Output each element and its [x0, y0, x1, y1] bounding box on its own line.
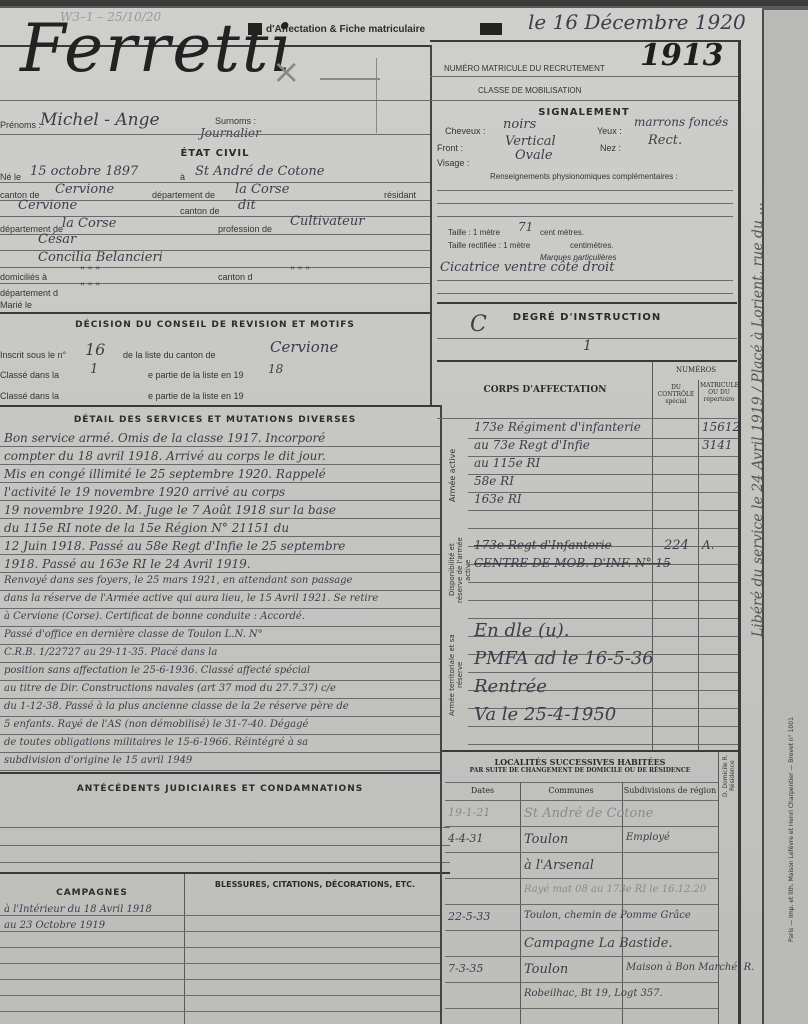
- localite-date: 19-1-21: [448, 806, 490, 819]
- service-line: à Cervione (Corse). Certificat de bonne …: [4, 611, 305, 622]
- rule: [437, 203, 733, 204]
- matricule-number: 3141: [702, 438, 733, 452]
- divider: [437, 302, 737, 304]
- departement-label: département de: [152, 190, 215, 200]
- printer-imprint: Paris — Imp. et lith. Maison Lefèvre et …: [788, 640, 795, 1020]
- localite-commune: à l'Arsenal: [524, 858, 594, 873]
- column-divider: [718, 752, 719, 1024]
- localite-commune: Rayé mat 08 au 173e RI le 16.12.20: [524, 884, 706, 895]
- corps-entry: 173e Regt d'Infanterie: [474, 538, 612, 552]
- rule: [468, 582, 738, 583]
- liste-canton-label: de la liste du canton de: [123, 350, 216, 360]
- service-line: Renvoyé dans ses foyers, le 25 mars 1921…: [4, 575, 352, 586]
- col-communes: Communes: [520, 786, 622, 795]
- rule: [437, 216, 733, 217]
- rule: [0, 464, 440, 465]
- disponibilite-label: Disponibilité et réserve de l'armée acti…: [448, 530, 472, 610]
- rule: [0, 931, 440, 932]
- prenoms-label: Prénoms :: [0, 120, 41, 130]
- service-line: subdivision d'origine le 15 avril 1949: [4, 755, 192, 766]
- page-border: [738, 40, 741, 1024]
- domicile-residence-label: D. Domicile R. Résidence: [722, 754, 736, 798]
- inscrit-number: 16: [85, 340, 105, 359]
- margin-note: Libéré du service le 24 Avril 1919 / Pla…: [750, 60, 766, 780]
- top-bar: [0, 0, 808, 6]
- front-value: Vertical: [505, 134, 556, 149]
- rule: [0, 915, 440, 916]
- rule: [0, 979, 440, 980]
- partie1-label: e partie de la liste en 19: [148, 370, 244, 380]
- matricule-number: A.: [702, 538, 714, 552]
- matricule-label: NUMÉRO MATRICULE DU RECRUTEMENT: [444, 64, 605, 73]
- visage-value: Ovale: [515, 148, 553, 163]
- domicilies-label: domiciliés à: [0, 272, 47, 282]
- localite-date: 4-4-31: [448, 832, 483, 845]
- rule: [0, 644, 440, 645]
- rule: [468, 528, 738, 529]
- etat-civil-title: ÉTAT CIVIL: [0, 148, 430, 159]
- corps-entry: 173e Régiment d'infanterie: [474, 420, 641, 434]
- divider: [0, 312, 430, 314]
- marques-value: Cicatrice ventre côté droit: [440, 260, 614, 275]
- corps-entry: au 115e RI: [474, 456, 540, 470]
- service-line: position sans affectation le 25-6-1936. …: [4, 665, 310, 676]
- canton2-value: dit: [238, 198, 256, 213]
- matricule-number: 1913: [640, 38, 724, 73]
- service-line: de toutes obligations militaires le 15-6…: [4, 737, 308, 748]
- yeux-value: marrons foncés: [634, 115, 728, 129]
- rule: [445, 878, 718, 879]
- residant-label: résidant: [384, 190, 416, 200]
- departement-value: la Corse: [235, 182, 289, 197]
- taille-rectifiee-label: Taille rectifiée : 1 mètre: [448, 241, 530, 250]
- inscrit-label: Inscrit sous le n°: [0, 350, 66, 360]
- ink-blot-icon: [480, 23, 502, 35]
- yeux-label: Yeux :: [597, 126, 622, 136]
- prenoms-value: Michel - Ange: [40, 110, 160, 130]
- rule: [0, 446, 440, 447]
- divider: [0, 134, 430, 135]
- localites-title: LOCALITÉS SUCCESSIVES HABITÉES: [445, 757, 715, 767]
- rule: [0, 626, 440, 627]
- column-divider: [430, 45, 432, 405]
- corps-entry: au 73e Regt d'Infie: [474, 438, 590, 452]
- taille-value: 71: [518, 220, 533, 234]
- liste-canton-value: Cervione: [270, 338, 338, 356]
- controle-number: 224: [664, 538, 689, 553]
- surname-mark: ×: [272, 52, 301, 92]
- departement3-label: département d: [0, 288, 58, 298]
- rule: [0, 963, 440, 964]
- localite-commune: Toulon: [524, 832, 568, 847]
- column-divider: [440, 405, 442, 1024]
- rule: [0, 995, 440, 996]
- blessures-title: BLESSURES, CITATIONS, DÉCORATIONS, ETC.: [190, 880, 440, 889]
- localite-commune: Robeilhac, Bt 19, Logt 357.: [524, 988, 663, 999]
- service-line: 12 Juin 1918. Passé au 58e Regt d'Infie …: [4, 539, 345, 553]
- rule: [437, 280, 733, 281]
- canton-value: Cervione: [55, 182, 114, 197]
- rule: [0, 572, 440, 573]
- rule: [0, 827, 450, 828]
- corps-entry: PMFA ad le 16-5-36: [474, 648, 654, 669]
- rule: [0, 536, 440, 537]
- localite-date: 22-5-33: [448, 910, 490, 923]
- rule: [468, 618, 738, 619]
- localite-commune: Toulon: [524, 962, 568, 977]
- rule: [445, 1008, 718, 1009]
- rule: [445, 904, 718, 905]
- column-divider: [520, 782, 521, 1024]
- birth-date: 15 octobre 1897: [30, 164, 138, 179]
- father-name: César: [38, 232, 76, 247]
- corps-entry: En dle (u).: [474, 620, 569, 641]
- divider: [0, 405, 440, 407]
- service-line: compter du 18 avril 1918. Arrivé au corp…: [4, 449, 326, 463]
- rule: [437, 293, 733, 294]
- domicilies-value: " " ": [80, 266, 100, 277]
- corps-entry: Rentrée: [474, 676, 547, 697]
- classe2-label: Classé dans la: [0, 391, 59, 401]
- rule: [445, 852, 718, 853]
- rule: [437, 418, 737, 419]
- surnoms-value: Journalier: [200, 126, 261, 140]
- localite-subdivision: Maison à Bon Marché, R.: [626, 962, 754, 973]
- localite-commune: St André de Cotone: [524, 806, 653, 821]
- service-line: Mis en congé illimité le 25 septembre 19…: [4, 467, 326, 481]
- nez-label: Nez :: [600, 143, 621, 153]
- rule: [445, 782, 718, 783]
- marie-label: Marié le: [0, 300, 32, 310]
- rule: [445, 956, 718, 957]
- rule: [468, 600, 738, 601]
- instruction-degree: 1: [583, 338, 592, 354]
- rule: [430, 100, 738, 101]
- rule: [0, 608, 440, 609]
- column-divider: [698, 380, 699, 750]
- rule: [445, 982, 718, 983]
- matricule-number: 15612: [702, 420, 740, 434]
- divider: [437, 360, 737, 362]
- divider: [442, 750, 738, 752]
- instruction-letter: C: [470, 312, 487, 337]
- departement3-value: " " ": [80, 282, 100, 293]
- rule: [0, 734, 440, 735]
- service-line: Passé d'office en dernière classe de Tou…: [4, 629, 263, 640]
- services-title: DÉTAIL DES SERVICES ET MUTATIONS DIVERSE…: [0, 415, 430, 425]
- rule: [0, 698, 440, 699]
- rule: [445, 826, 718, 827]
- rule: [0, 500, 440, 501]
- territoriale-label: Armée territoriale et sa réserve: [448, 620, 464, 730]
- surnoms-label: Surnoms :: [215, 116, 256, 126]
- service-line: 19 novembre 1920. M. Juge le 7 Août 1918…: [4, 503, 336, 517]
- rule: [0, 680, 440, 681]
- corps-entry: 58e RI: [474, 474, 514, 488]
- rule: [0, 283, 430, 284]
- corps-entry: CENTRE DE MOB. D'INF. N° 15: [474, 556, 671, 570]
- service-line: C.R.B. 1/22727 au 29-11-35. Placé dans l…: [4, 647, 217, 658]
- rule: [468, 744, 738, 745]
- service-line: l'activité le 19 novembre 1920 arrivé au…: [4, 485, 285, 499]
- campagnes-title: CAMPAGNES: [0, 888, 184, 898]
- cross-mark: [376, 58, 377, 133]
- adjacent-page: [762, 10, 808, 1024]
- matricule-header: MATRICULE OU DU répertoire: [700, 382, 738, 403]
- rule: [0, 554, 440, 555]
- classe-label: CLASSE DE MOBILISATION: [478, 86, 581, 95]
- numeros-label: NUMÉROS: [655, 366, 737, 374]
- nez-value: Rect.: [648, 133, 682, 148]
- departement2-value: la Corse: [62, 216, 116, 231]
- rule: [0, 267, 430, 268]
- localite-subdivision: Employé: [626, 832, 670, 843]
- judiciaires-title: ANTÉCÉDENTS JUDICIAIRES ET CONDAMNATIONS: [0, 784, 440, 794]
- rule: [0, 590, 440, 591]
- classe1-label: Classé dans la: [0, 370, 59, 380]
- corps-entry: 163e RI: [474, 492, 522, 506]
- rule: [0, 752, 440, 753]
- rule: [468, 672, 738, 673]
- mother-name: Concilia Belancieri: [38, 250, 163, 265]
- rule: [0, 845, 450, 846]
- surname: Ferretti: [20, 10, 294, 87]
- rule: [468, 510, 738, 511]
- service-line: du 1-12-38. Passé à la plus ancienne cla…: [4, 701, 349, 712]
- armee-active-label: Armée active: [448, 430, 457, 520]
- birth-place: St André de Cotone: [195, 164, 324, 179]
- taille-rectifiee-unit: centimètres.: [570, 241, 614, 250]
- rule: [0, 482, 440, 483]
- taille-label: Taille : 1 mètre: [448, 228, 500, 237]
- rule: [0, 862, 450, 863]
- col-subdivisions: Subdivisions de région: [622, 786, 718, 795]
- cheveux-value: noirs: [503, 117, 536, 132]
- front-label: Front :: [437, 143, 463, 153]
- partie1-year: 18: [268, 362, 283, 376]
- localite-commune: Toulon, chemin de Pomme Grâce: [524, 910, 691, 921]
- divider: [0, 872, 450, 874]
- ne-le-label: Né le: [0, 172, 21, 182]
- service-line: 1918. Passé au 163e RI le 24 Avril 1919.: [4, 557, 251, 571]
- rule: [0, 518, 440, 519]
- localite-commune: Campagne La Bastide.: [524, 936, 673, 951]
- rule: [0, 716, 440, 717]
- localites-subtitle: PAR SUITE DE CHANGEMENT DE DOMICILE OU D…: [445, 767, 715, 774]
- cheveux-label: Cheveux :: [445, 126, 486, 136]
- cross-mark: [320, 78, 380, 80]
- canton3-label: canton d: [218, 272, 253, 282]
- service-line: du 115e RI note de la 15e Région N° 2115…: [4, 521, 289, 535]
- rule: [468, 726, 738, 727]
- conseil-title: DÉCISION DU CONSEIL DE REVISION ET MOTIF…: [0, 320, 430, 330]
- controle-header: DU CONTRÔLE spécial: [654, 384, 698, 405]
- residant-value: Cervione: [18, 198, 77, 213]
- a-label: à: [180, 172, 185, 182]
- canton2-label: canton de: [180, 206, 220, 216]
- rule: [430, 76, 738, 77]
- rule: [0, 1011, 440, 1012]
- service-line: au titre de Dir. Constructions navales (…: [4, 683, 336, 694]
- rule: [0, 947, 440, 948]
- rule: [0, 770, 440, 771]
- canton3-value: " " ": [290, 266, 310, 277]
- classe1-value: 1: [90, 362, 98, 377]
- col-dates: Dates: [445, 786, 520, 795]
- service-line: dans la réserve de l'Armée active qui au…: [4, 593, 378, 604]
- corps-title: CORPS D'AFFECTATION: [445, 385, 645, 395]
- header-annotation: le 16 Décembre 1920: [528, 10, 746, 34]
- localite-date: 7-3-35: [448, 962, 483, 975]
- profession-value: Cultivateur: [290, 214, 364, 229]
- rule: [445, 800, 718, 801]
- column-divider: [184, 874, 185, 1024]
- campagne-line: à l'Intérieur du 18 Avril 1918: [4, 904, 152, 915]
- divider: [0, 772, 440, 774]
- service-line: Bon service armé. Omis de la classe 1917…: [4, 431, 325, 445]
- corps-entry: Va le 25-4-1950: [474, 704, 616, 725]
- renseignements-label: Renseignements physionomiques complément…: [490, 172, 678, 181]
- rule: [437, 190, 733, 191]
- service-line: 5 enfants. Rayé de l'AS (non démobilisé)…: [4, 719, 308, 730]
- rule: [0, 662, 440, 663]
- campagne-line: au 23 Octobre 1919: [4, 920, 105, 931]
- rule: [445, 930, 718, 931]
- profession-label: profession de: [218, 224, 272, 234]
- visage-label: Visage :: [437, 158, 469, 168]
- partie2-label: e partie de la liste en 19: [148, 391, 244, 401]
- divider: [0, 100, 430, 101]
- taille-unit: cent mètres.: [540, 228, 584, 237]
